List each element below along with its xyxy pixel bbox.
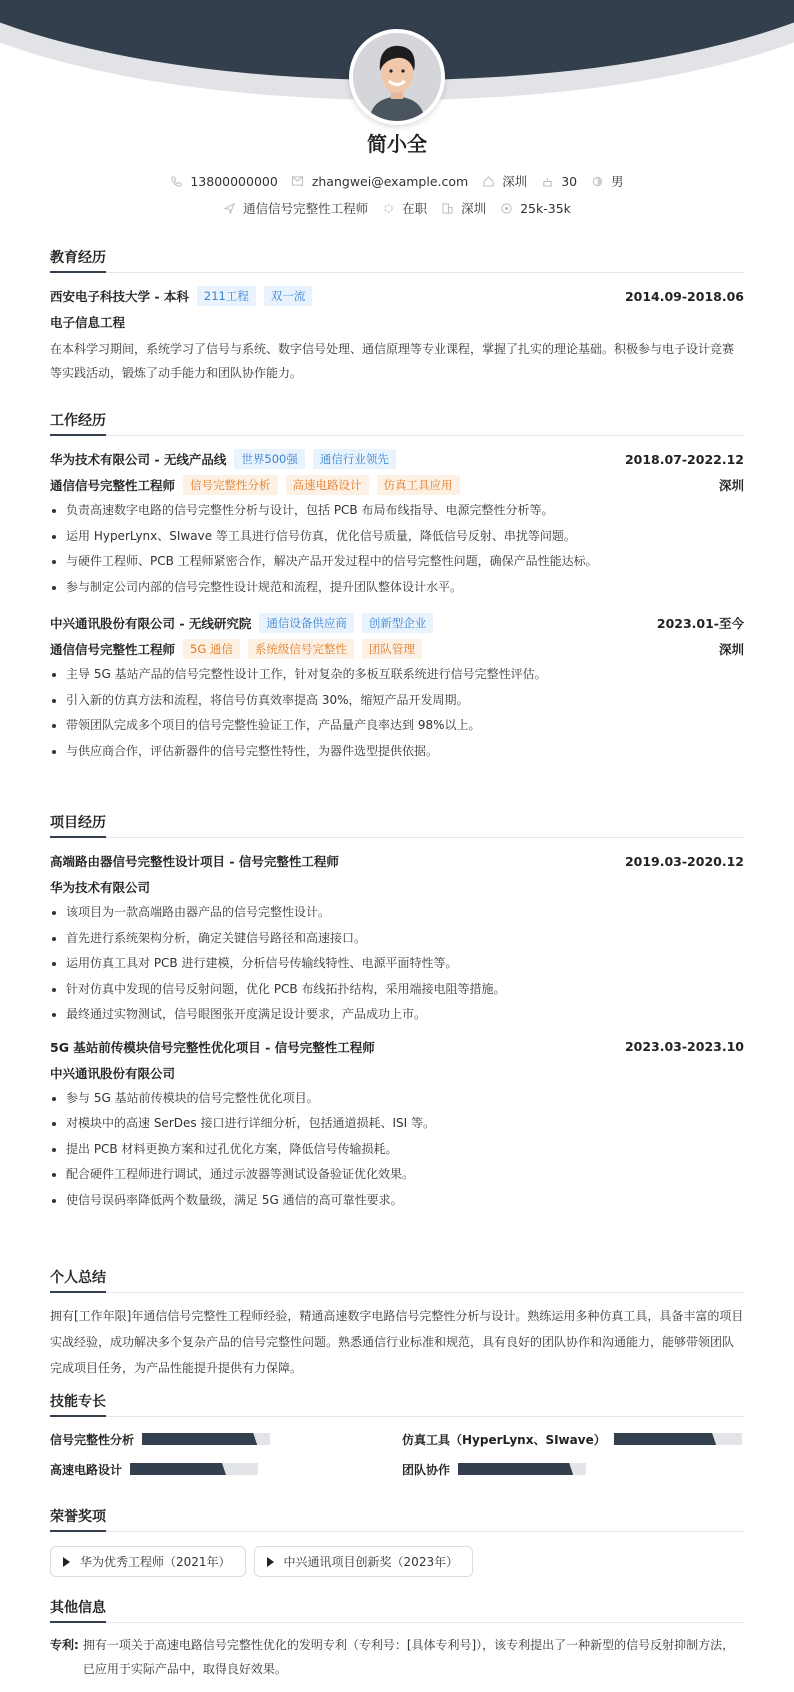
education-section: 教育经历 西安电子科技大学 - 本科 211工程 双一流 2014.09-201… <box>50 245 744 385</box>
skill-item: 仿真工具（HyperLynx、SIwave） <box>402 1429 744 1449</box>
other-section: 其他信息 专利: 拥有一项关于高速电路信号完整性优化的发明专利（专利号：[具体专… <box>50 1595 744 1681</box>
work-item: 中兴通讯股份有限公司 - 无线研究院 通信设备供应商 创新型企业 2023.01… <box>50 610 744 764</box>
salary-item: 25k-35k <box>500 201 571 216</box>
list-item: 主导 5G 基站产品的信号完整性设计工作，针对复杂的多板互联系统进行信号完整性评… <box>50 662 744 688</box>
other-item: 专利: 拥有一项关于高速电路信号完整性优化的发明专利（专利号：[具体专利号]），… <box>50 1633 744 1681</box>
company-name: 华为技术有限公司 - 无线产品线 <box>50 450 226 468</box>
project-item: 高端路由器信号完整性设计项目 - 信号完整性工程师 2019.03-2020.1… <box>50 848 744 1028</box>
list-item: 与硬件工程师、PCB 工程师紧密合作，解决产品开发过程中的信号完整性问题，确保产… <box>50 549 744 575</box>
skill-bar <box>142 1433 270 1445</box>
skill-item: 高速电路设计 <box>50 1459 402 1479</box>
company-tag: 创新型企业 <box>362 613 434 633</box>
gender-icon <box>591 175 603 187</box>
triangle-right-icon <box>63 1557 70 1567</box>
section-title-summary: 个人总结 <box>50 1265 744 1293</box>
skill-label: 团队协作 <box>402 1461 450 1478</box>
role-tag: 仿真工具应用 <box>377 475 460 495</box>
award-label: 中兴通讯项目创新奖（2023年） <box>284 1553 459 1570</box>
skill-label: 高速电路设计 <box>50 1461 122 1478</box>
skill-bar <box>130 1463 258 1475</box>
list-item: 配合硬件工程师进行调试，通过示波器等测试设备验证优化效果。 <box>50 1162 744 1188</box>
skill-bar-fill <box>614 1433 716 1445</box>
section-title-work: 工作经历 <box>50 408 744 436</box>
phone-item: 13800000000 <box>170 174 277 189</box>
list-item: 与供应商合作，评估新器件的信号完整性特性，为器件选型提供依据。 <box>50 739 744 765</box>
projects-section: 项目经历 高端路由器信号完整性设计项目 - 信号完整性工程师 2019.03-2… <box>50 810 744 1213</box>
summary-section: 个人总结 拥有[工作年限]年通信信号完整性工程师经验，精通高速数字电路信号完整性… <box>50 1265 744 1381</box>
skill-label: 仿真工具（HyperLynx、SIwave） <box>402 1431 606 1448</box>
work-company-row: 华为技术有限公司 - 无线产品线 世界500强 通信行业领先 2018.07-2… <box>50 446 744 472</box>
status-value: 在职 <box>402 199 427 217</box>
education-date: 2014.09-2018.06 <box>625 289 744 304</box>
building-icon <box>441 202 453 214</box>
company-tag: 世界500强 <box>234 449 304 469</box>
project-name: 5G 基站前传模块信号完整性优化项目 - 信号完整性工程师 <box>50 1038 375 1056</box>
school-tag: 双一流 <box>264 286 313 306</box>
list-item: 对模块中的高速 SerDes 接口进行详细分析，包括通道损耗、ISI 等。 <box>50 1111 744 1137</box>
skill-bar-fill <box>458 1463 573 1475</box>
other-value: 拥有一项关于高速电路信号完整性优化的发明专利（专利号：[具体专利号]），该专利提… <box>83 1633 744 1681</box>
list-item: 参与 5G 基站前传模块的信号完整性优化项目。 <box>50 1086 744 1112</box>
other-key: 专利: <box>50 1633 79 1681</box>
section-title-projects: 项目经历 <box>50 810 744 838</box>
section-title-awards: 荣誉奖项 <box>50 1504 744 1532</box>
work-company-row: 中兴通讯股份有限公司 - 无线研究院 通信设备供应商 创新型企业 2023.01… <box>50 610 744 636</box>
phone-icon <box>170 175 182 187</box>
gender-item: 男 <box>591 172 624 190</box>
company-tag: 通信设备供应商 <box>259 613 354 633</box>
awards-section: 荣誉奖项 华为优秀工程师（2021年） 中兴通讯项目创新奖（2023年） <box>50 1504 744 1577</box>
skill-bar-fill <box>142 1433 257 1445</box>
school-name: 西安电子科技大学 - 本科 <box>50 287 189 305</box>
age-item: 30 <box>541 174 577 189</box>
home-icon <box>482 175 494 187</box>
list-item: 运用 HyperLynx、SIwave 等工具进行信号仿真，优化信号质量，降低信… <box>50 524 744 550</box>
location-item: 深圳 <box>482 172 527 190</box>
work-section: 工作经历 华为技术有限公司 - 无线产品线 世界500强 通信行业领先 2018… <box>50 408 744 764</box>
list-item: 首先进行系统架构分析，确定关键信号路径和高速接口。 <box>50 926 744 952</box>
project-company-row: 中兴通讯股份有限公司 <box>50 1060 744 1086</box>
section-title-other: 其他信息 <box>50 1595 744 1623</box>
project-date: 2023.03-2023.10 <box>625 1039 744 1054</box>
summary-text: 拥有[工作年限]年通信信号完整性工程师经验，精通高速数字电路信号完整性分析与设计… <box>50 1303 744 1381</box>
skills-section: 技能专长 信号完整性分析 仿真工具（HyperLynx、SIwave） 高速电路… <box>50 1389 744 1479</box>
education-header-row: 西安电子科技大学 - 本科 211工程 双一流 2014.09-2018.06 <box>50 283 744 309</box>
avatar <box>349 29 445 125</box>
list-item: 提出 PCB 材料更换方案和过孔优化方案，降低信号传输损耗。 <box>50 1137 744 1163</box>
role-tag: 5G 通信 <box>183 639 240 659</box>
role-name: 通信信号完整性工程师 <box>50 640 175 658</box>
project-header-row: 5G 基站前传模块信号完整性优化项目 - 信号完整性工程师 2023.03-20… <box>50 1034 744 1060</box>
target-city-value: 深圳 <box>461 199 486 217</box>
major: 电子信息工程 <box>50 313 125 331</box>
work-bullets: 主导 5G 基站产品的信号完整性设计工作，针对复杂的多板互联系统进行信号完整性评… <box>50 662 744 764</box>
status-item: 在职 <box>382 199 427 217</box>
role-tag: 团队管理 <box>362 639 422 659</box>
list-item: 该项目为一款高端路由器产品的信号完整性设计。 <box>50 900 744 926</box>
work-city: 深圳 <box>719 640 744 658</box>
skill-label: 信号完整性分析 <box>50 1431 134 1448</box>
section-title-skills: 技能专长 <box>50 1389 744 1417</box>
award-item: 中兴通讯项目创新奖（2023年） <box>254 1546 474 1577</box>
project-bullets: 参与 5G 基站前传模块的信号完整性优化项目。 对模块中的高速 SerDes 接… <box>50 1086 744 1214</box>
role-tag: 高速电路设计 <box>286 475 369 495</box>
education-description: 在本科学习期间，系统学习了信号与系统、数字信号处理、通信原理等专业课程，掌握了扎… <box>50 337 744 385</box>
job-intent-row: 通信信号完整性工程师 在职 深圳 25k-35k <box>0 199 794 217</box>
work-date: 2018.07-2022.12 <box>625 452 744 467</box>
work-role-row: 通信信号完整性工程师 5G 通信 系统级信号完整性 团队管理 深圳 <box>50 636 744 662</box>
target-city-item: 深圳 <box>441 199 486 217</box>
age-value: 30 <box>561 174 577 189</box>
phone-value: 13800000000 <box>190 174 277 189</box>
project-item: 5G 基站前传模块信号完整性优化项目 - 信号完整性工程师 2023.03-20… <box>50 1034 744 1214</box>
target-position-value: 通信信号完整性工程师 <box>243 199 368 217</box>
work-date: 2023.01-至今 <box>657 614 744 632</box>
avatar-photo-icon <box>353 33 441 121</box>
cake-icon <box>541 175 553 187</box>
company-name: 中兴通讯股份有限公司 - 无线研究院 <box>50 614 251 632</box>
list-item: 负责高速数字电路的信号完整性分析与设计，包括 PCB 布局布线指导、电源完整性分… <box>50 498 744 524</box>
work-city: 深圳 <box>719 476 744 494</box>
project-date: 2019.03-2020.12 <box>625 854 744 869</box>
list-item: 参与制定公司内部的信号完整性设计规范和流程，提升团队整体设计水平。 <box>50 575 744 601</box>
candidate-name: 简小全 <box>0 128 794 157</box>
work-role-row: 通信信号完整性工程师 信号完整性分析 高速电路设计 仿真工具应用 深圳 <box>50 472 744 498</box>
target-position-item: 通信信号完整性工程师 <box>223 199 368 217</box>
skill-bar <box>458 1463 586 1475</box>
salary-value: 25k-35k <box>520 201 571 216</box>
role-tag: 信号完整性分析 <box>183 475 278 495</box>
skill-item: 团队协作 <box>402 1459 744 1479</box>
email-icon <box>292 175 304 187</box>
location-value: 深圳 <box>502 172 527 190</box>
project-company: 中兴通讯股份有限公司 <box>50 1064 175 1082</box>
triangle-right-icon <box>267 1557 274 1567</box>
role-name: 通信信号完整性工程师 <box>50 476 175 494</box>
list-item: 最终通过实物测试，信号眼图张开度满足设计要求，产品成功上市。 <box>50 1002 744 1028</box>
skill-bar <box>614 1433 742 1445</box>
award-item: 华为优秀工程师（2021年） <box>50 1546 246 1577</box>
email-value: zhangwei@example.com <box>312 174 468 189</box>
status-icon <box>382 202 394 214</box>
project-name: 高端路由器信号完整性设计项目 - 信号完整性工程师 <box>50 852 339 870</box>
email-item: zhangwei@example.com <box>292 174 468 189</box>
section-title-education: 教育经历 <box>50 245 744 273</box>
salary-icon <box>500 202 512 214</box>
company-tag: 通信行业领先 <box>313 449 396 469</box>
send-icon <box>223 202 235 214</box>
list-item: 带领团队完成多个项目的信号完整性验证工作，产品量产良率达到 98%以上。 <box>50 713 744 739</box>
list-item: 针对仿真中发现的信号反射问题，优化 PCB 布线拓扑结构，采用端接电阻等措施。 <box>50 977 744 1003</box>
gender-value: 男 <box>611 172 624 190</box>
project-bullets: 该项目为一款高端路由器产品的信号完整性设计。 首先进行系统架构分析，确定关键信号… <box>50 900 744 1028</box>
major-row: 电子信息工程 <box>50 309 744 335</box>
list-item: 运用仿真工具对 PCB 进行建模，分析信号传输线特性、电源平面特性等。 <box>50 951 744 977</box>
work-item: 华为技术有限公司 - 无线产品线 世界500强 通信行业领先 2018.07-2… <box>50 446 744 600</box>
list-item: 使信号误码率降低两个数量级，满足 5G 通信的高可靠性要求。 <box>50 1188 744 1214</box>
skill-bar-fill <box>130 1463 226 1475</box>
role-tag: 系统级信号完整性 <box>248 639 354 659</box>
project-company: 华为技术有限公司 <box>50 878 150 896</box>
award-label: 华为优秀工程师（2021年） <box>80 1553 231 1570</box>
contact-info-row: 13800000000 zhangwei@example.com 深圳 30 男 <box>0 172 794 190</box>
list-item: 引入新的仿真方法和流程，将信号仿真效率提高 30%，缩短产品开发周期。 <box>50 688 744 714</box>
school-tag: 211工程 <box>197 286 256 306</box>
work-bullets: 负责高速数字电路的信号完整性分析与设计，包括 PCB 布局布线指导、电源完整性分… <box>50 498 744 600</box>
project-header-row: 高端路由器信号完整性设计项目 - 信号完整性工程师 2019.03-2020.1… <box>50 848 744 874</box>
skill-item: 信号完整性分析 <box>50 1429 402 1449</box>
project-company-row: 华为技术有限公司 <box>50 874 744 900</box>
